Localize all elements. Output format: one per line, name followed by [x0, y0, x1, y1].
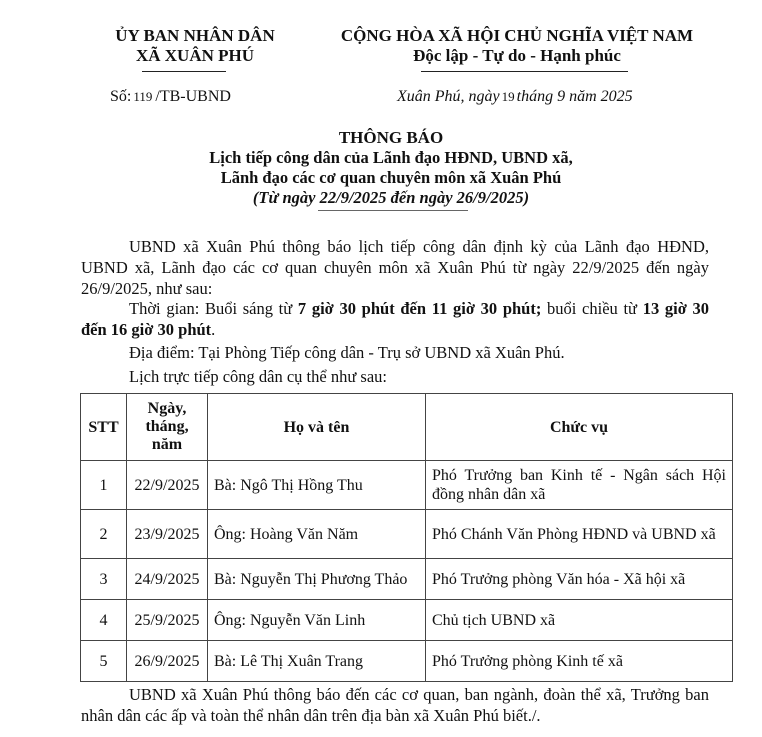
national-header: CỘNG HÒA XÃ HỘI CHỦ NGHĨA VIỆT NAM Độc l… [330, 26, 704, 66]
document-number: Số:119/TB-UBND [110, 88, 231, 106]
cell-name: Bà: Nguyễn Thị Phương Thảo [208, 559, 426, 600]
table-header-row: STT Ngày, tháng, năm Họ và tên Chức vụ [81, 394, 733, 461]
cell-name: Ông: Hoàng Văn Năm [208, 510, 426, 559]
column-header-date: Ngày, tháng, năm [127, 394, 208, 461]
date-header-line3: năm [133, 436, 201, 454]
column-header-stt: STT [81, 394, 127, 461]
table-row: 1 22/9/2025 Bà: Ngô Thị Hồng Thu Phó Trư… [81, 461, 733, 510]
reception-schedule-table: STT Ngày, tháng, năm Họ và tên Chức vụ 1… [80, 393, 733, 682]
time-label: Thời gian: Buổi sáng từ [129, 299, 298, 318]
cell-stt: 1 [81, 461, 127, 510]
place-date-prefix: Xuân Phú, ngày [397, 88, 500, 105]
nation-name: CỘNG HÒA XÃ HỘI CHỦ NGHĨA VIỆT NAM [330, 26, 704, 46]
date-header-line2: tháng, [133, 418, 201, 436]
doc-number-prefix: Số: [110, 88, 131, 105]
cell-role: Phó Trưởng phòng Kinh tế xã [426, 641, 733, 682]
agency-name-line1: ỦY BAN NHÂN DÂN [90, 26, 300, 46]
cell-stt: 4 [81, 600, 127, 641]
column-header-name: Họ và tên [208, 394, 426, 461]
intro-paragraph: UBND xã Xuân Phú thông báo lịch tiếp côn… [81, 236, 709, 299]
place-date-suffix: tháng 9 năm 2025 [517, 88, 633, 105]
table-row: 4 25/9/2025 Ông: Nguyễn Văn Linh Chủ tịc… [81, 600, 733, 641]
title-underline-divider [318, 210, 468, 211]
column-header-role: Chức vụ [426, 394, 733, 461]
nation-motto: Độc lập - Tự do - Hạnh phúc [330, 46, 704, 66]
notice-subtitle-line1: Lịch tiếp công dân của Lãnh đạo HĐND, UB… [150, 148, 632, 168]
notice-title: THÔNG BÁO [150, 128, 632, 148]
cell-role: Phó Chánh Văn Phòng HĐND và UBND xã [426, 510, 733, 559]
cell-role: Phó Trưởng ban Kinh tế - Ngân sách Hội đ… [426, 461, 733, 510]
time-mid: buổi chiều từ [541, 299, 642, 318]
time-paragraph: Thời gian: Buổi sáng từ 7 giờ 30 phút đế… [81, 298, 709, 340]
motto-underline-divider [421, 71, 628, 72]
place-and-date: Xuân Phú, ngày19tháng 9 năm 2025 [397, 88, 633, 106]
cell-date: 26/9/2025 [127, 641, 208, 682]
cell-stt: 2 [81, 510, 127, 559]
cell-date: 25/9/2025 [127, 600, 208, 641]
table-row: 3 24/9/2025 Bà: Nguyễn Thị Phương Thảo P… [81, 559, 733, 600]
time-end: . [211, 320, 215, 339]
doc-number-suffix: /TB-UBND [155, 88, 231, 105]
notice-date-range: (Từ ngày 22/9/2025 đến ngày 26/9/2025) [150, 188, 632, 208]
table-row: 2 23/9/2025 Ông: Hoàng Văn Năm Phó Chánh… [81, 510, 733, 559]
cell-date: 24/9/2025 [127, 559, 208, 600]
cell-name: Ông: Nguyễn Văn Linh [208, 600, 426, 641]
table-row: 5 26/9/2025 Bà: Lê Thị Xuân Trang Phó Tr… [81, 641, 733, 682]
notice-title-block: THÔNG BÁO Lịch tiếp công dân của Lãnh đạ… [150, 128, 632, 208]
agency-name-line2: XÃ XUÂN PHÚ [90, 46, 300, 66]
location-paragraph: Địa điểm: Tại Phòng Tiếp công dân - Trụ … [81, 342, 709, 363]
cell-role: Chủ tịch UBND xã [426, 600, 733, 641]
cell-date: 23/9/2025 [127, 510, 208, 559]
notice-subtitle-line2: Lãnh đạo các cơ quan chuyên môn xã Xuân … [150, 168, 632, 188]
time-morning: 7 giờ 30 phút đến 11 giờ 30 phút; [298, 299, 541, 318]
agency-underline-divider [142, 71, 226, 72]
date-header-line1: Ngày, [133, 400, 201, 418]
cell-stt: 3 [81, 559, 127, 600]
doc-number-value: 119 [131, 89, 155, 104]
issuing-agency: ỦY BAN NHÂN DÂN XÃ XUÂN PHÚ [90, 26, 300, 66]
closing-paragraph: UBND xã Xuân Phú thông báo đến các cơ qu… [81, 684, 709, 726]
cell-name: Bà: Ngô Thị Hồng Thu [208, 461, 426, 510]
place-date-day: 19 [500, 89, 517, 104]
cell-stt: 5 [81, 641, 127, 682]
cell-date: 22/9/2025 [127, 461, 208, 510]
cell-role: Phó Trưởng phòng Văn hóa - Xã hội xã [426, 559, 733, 600]
cell-name: Bà: Lê Thị Xuân Trang [208, 641, 426, 682]
schedule-intro-paragraph: Lịch trực tiếp công dân cụ thể như sau: [81, 366, 709, 387]
